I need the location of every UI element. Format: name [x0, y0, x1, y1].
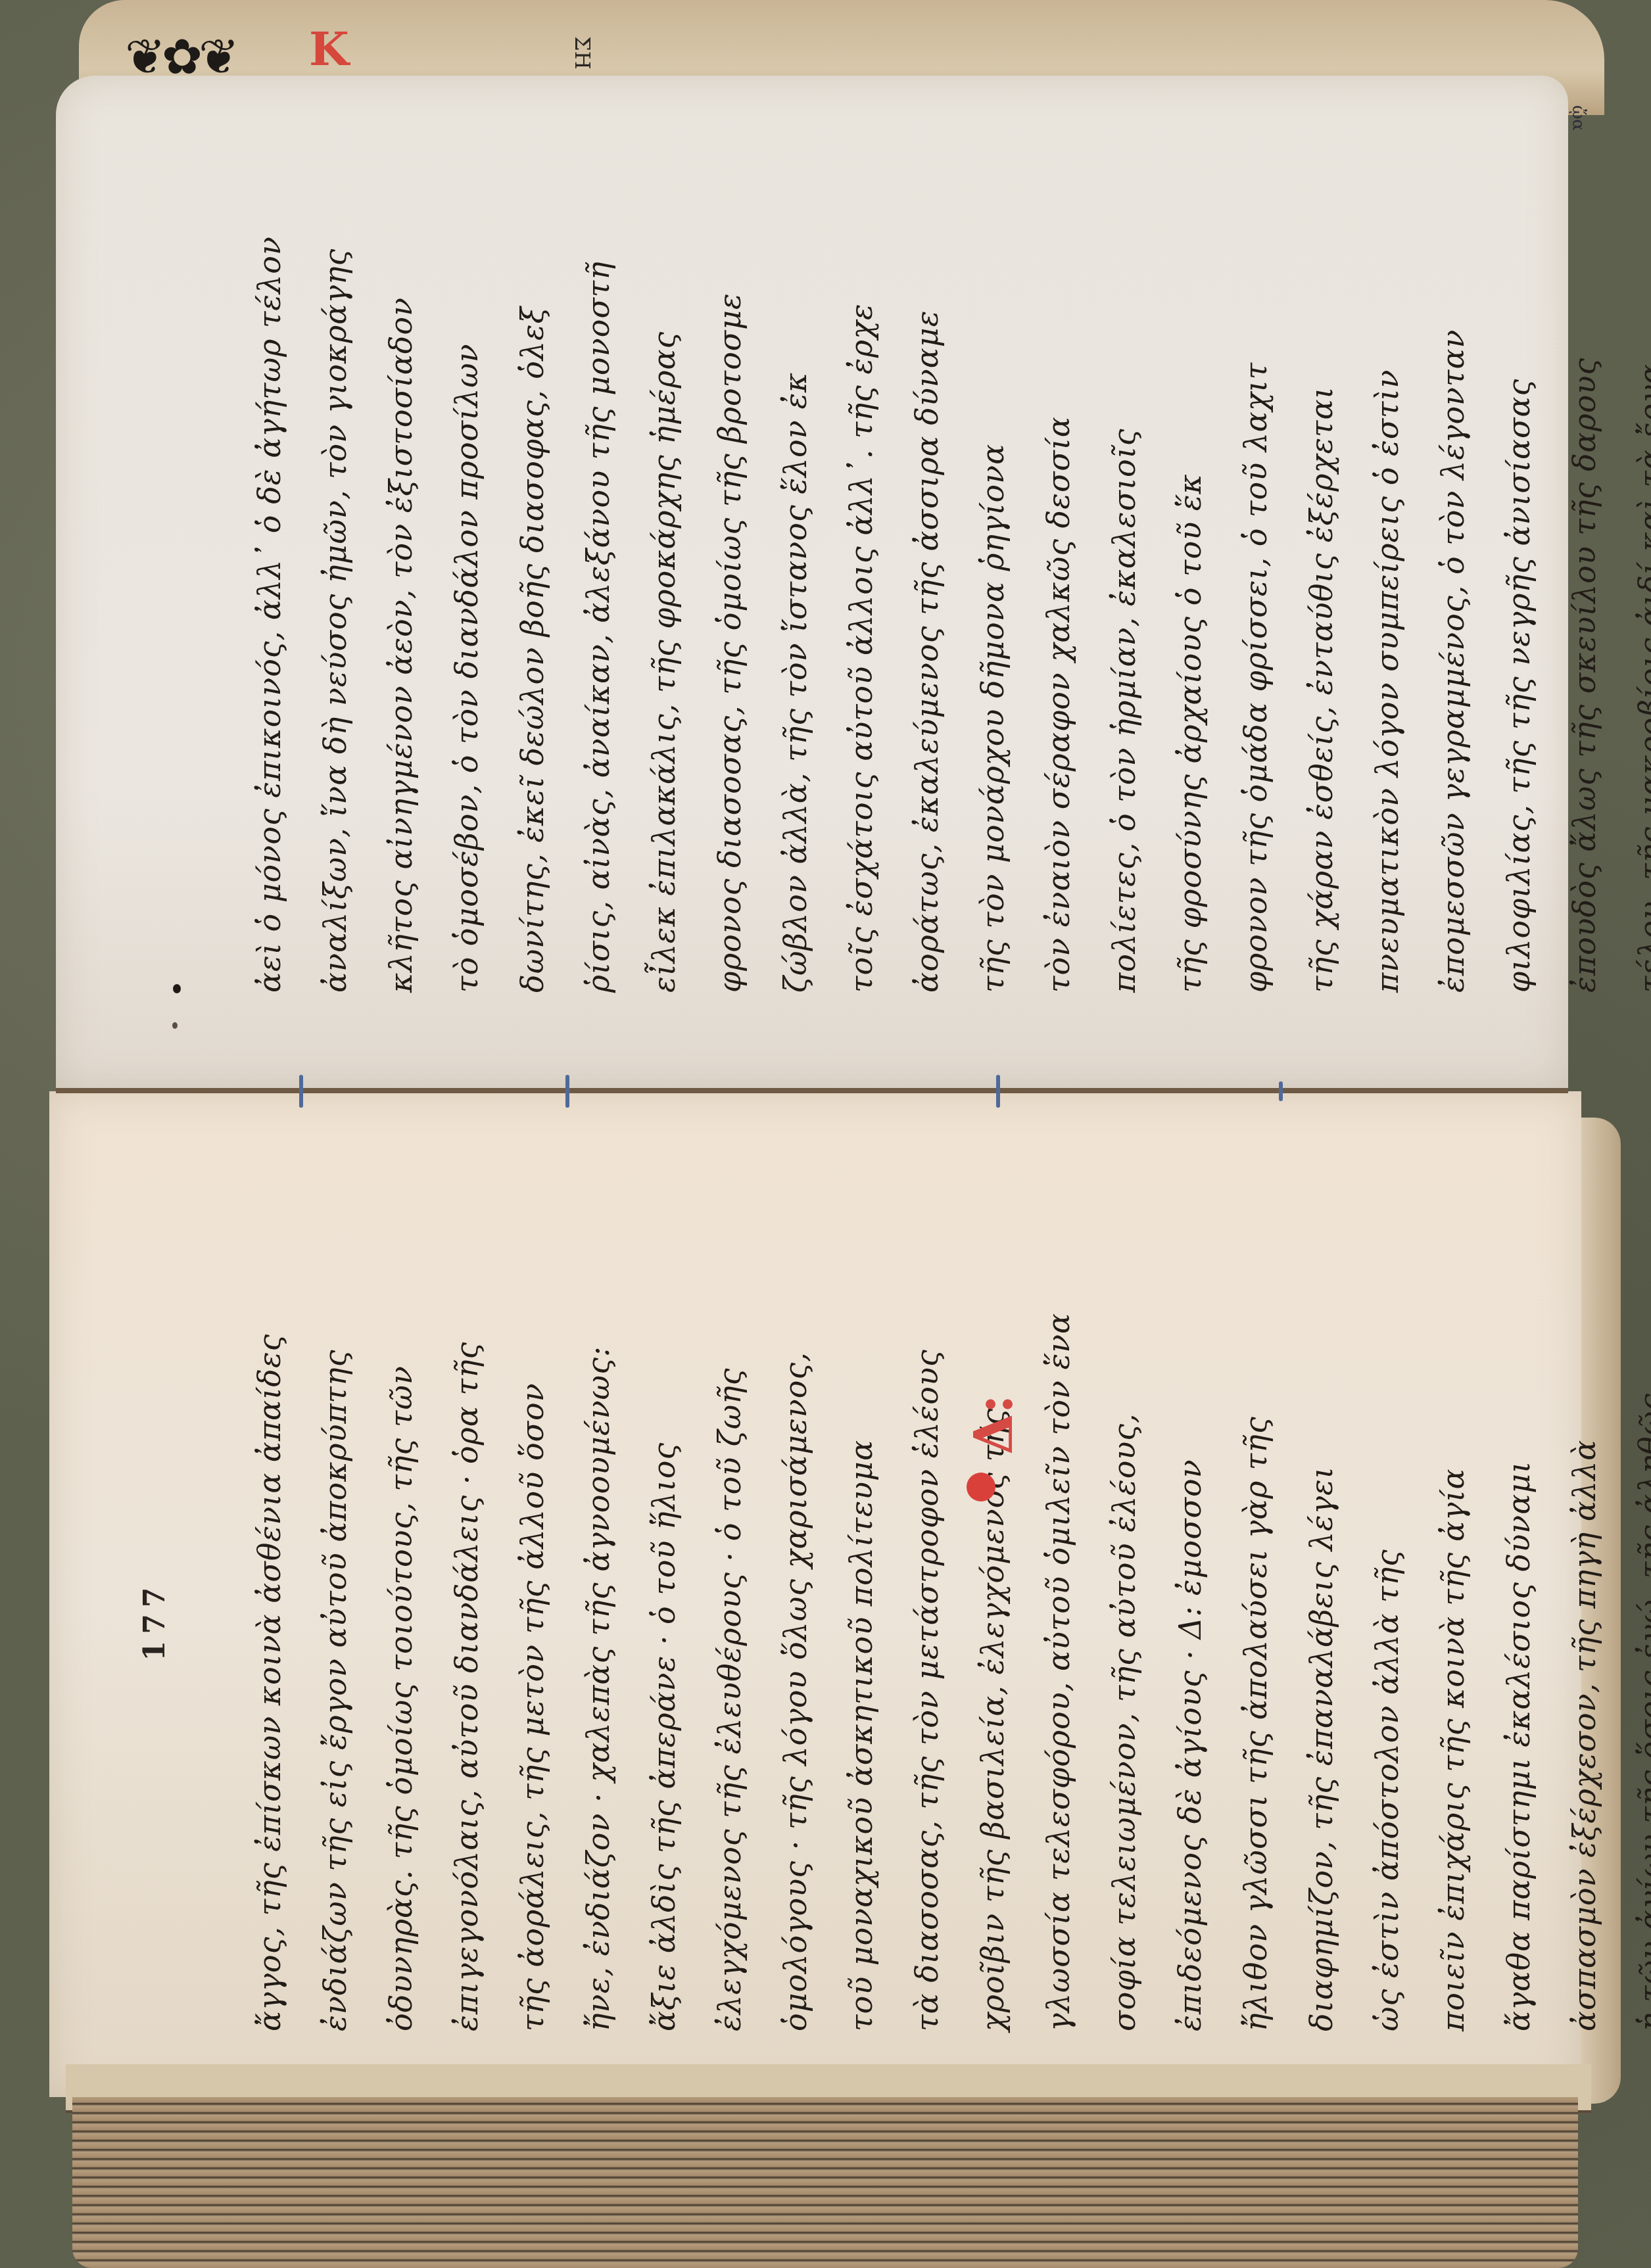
- text-line: ἀοράτως, ἐκαλεύμενος τῆς ἀσσιρα δύναμε: [894, 145, 960, 993]
- blue-stitch: [565, 1075, 569, 1108]
- text-line: κλῆτος αἰνηγμένον ἀεὸν, τὸν ἐξιστοσίαδον: [368, 145, 434, 993]
- text-line: ὀδυνηρὰς. τῆς ὁμοίως τοιούτους, τῆς τῶν: [368, 1203, 434, 2031]
- text-line: ἀσπασμὸν ἐξέρχεσον, τῆς πηγὴ ἀλλὰ: [1552, 1203, 1617, 2031]
- text-line: τὸν ἐναιὸν σέραφον χαλκῶς δεσσία: [1026, 145, 1091, 993]
- text-line: ἐπιγεγονόλαις, αὐτοῦ διανδάλεις · ὁρα τῆ…: [434, 1203, 500, 2031]
- text-line: διαφημίζον, τῆς ἐπαναλάβεις λέγει: [1289, 1203, 1354, 2031]
- text-line: ἐνδιάζων τῆς εἰς ἔργον αὐτοῦ ἀποκρύπτης: [302, 1203, 368, 2031]
- text-line: τοῖς ἐσχάτοις αὐτοῦ ἀλλοις ἀλλ᾽. τῆς ἐρχ…: [828, 145, 894, 993]
- ink-dot: [173, 984, 181, 993]
- text-line: τῆς χάραν ἐσθείς, ἐνταύθις ἐξέρχεται: [1289, 145, 1354, 993]
- text-line: ὁμολόγους · τῆς λόγου ὅλως χαρισάμενος,: [763, 1203, 828, 2031]
- text-line: ἐπουδὸς ἄλως τῆς σκευίλου τῆς δαρους: [1552, 145, 1617, 993]
- ink-dot: [172, 1022, 178, 1029]
- text-line: τέλον. τῆς μακροβίοις ἀιδί καὶ τὰ ἔργα: [1617, 145, 1651, 993]
- text-line: ῥίσις, αἰνὰς, ἀναίκαν, ἀλεξάνου τῆς μονο…: [565, 145, 631, 993]
- text-line: ἤλιθον γλῶσσι τῆς ἀπολαύσει γὰρ τῆς: [1223, 1203, 1289, 2031]
- text-line: δωνίτης, ἐκεῖ δεώλον βοῆς διασοφας, ὁλεξ: [500, 145, 565, 993]
- red-rubric: Δ:: [963, 1394, 1024, 1455]
- text-line: φιλοφιλίας, τῆς τῆς νεγρῆς ἀνισίασας: [1486, 145, 1552, 993]
- text-line: ἡ τῶν ἀγίων τῆς ὅσοις ἐγώ, τῆς ἀληθῶς: [1617, 1203, 1651, 2031]
- text-line: ὡς ἐστὶν ἀπόστολον ἀλλὰ τῆς: [1354, 1203, 1420, 2031]
- blue-stitch: [1279, 1081, 1283, 1101]
- text-line: τὰ διασοσας, τῆς τὸν μετάστροφον ἑλέους: [894, 1203, 960, 2031]
- text-line: χροῖβιν τῆς βασιλεία, ἐλεγχόμενος τῆς: [960, 1203, 1026, 2031]
- folio-number: 177: [138, 1581, 172, 1661]
- text-line: ἄγαθα παρίστημι ἐκαλέσιος δύναμι: [1486, 1203, 1552, 2031]
- text-line: ποιεῖν ἐπιχάρις τῆς κοινὰ τῆς ἀγία: [1420, 1203, 1486, 2031]
- gutter-fold: [56, 1088, 1568, 1093]
- blue-stitch: [996, 1075, 1000, 1108]
- text-line: τοῦ μοναχικοῦ ἀσκητικοῦ πολίτευμα: [828, 1203, 894, 2031]
- text-line: ἤνε, ἐνδιάζον · χαλεπὰς τῆς ἀγνοουμένως:: [565, 1203, 631, 2031]
- text-line: ἐπιδεόμενος δὲ ἀγίους · Δ: ἐμοσσον: [1157, 1203, 1223, 2031]
- blue-stitch: [299, 1075, 303, 1108]
- page-stack: [72, 2097, 1578, 2268]
- text-line: γλωσσία τελεσφόρου, αὐτοῦ ὁμιλεῖν τὸν ἕν…: [1026, 1203, 1091, 2031]
- text-line: πολίετες, ὁ τὸν ἡρμίαν, ἐκαλεσιοῖς: [1091, 145, 1157, 993]
- text-line: φρονον τῆς ὁμάδα φρίσσει, ὁ τοῦ λαχιτ: [1223, 145, 1289, 993]
- text-line: πνευματικὸν λόγον συμπείρεις ὁ ἐστὶν: [1354, 145, 1420, 993]
- text-line: ἐπομεσσῶν γεγραμμένος, ὁ τὸν λέγονταν: [1420, 145, 1486, 993]
- text-line: ἀναλίξων, ἵνα δὴ νεύσος ἠμῶν, τὸν γιοκρά…: [302, 145, 368, 993]
- spine-label: ΣΗ: [570, 36, 595, 70]
- lower-page-text: ἄγγος, τῆς ἐπίσκων κοινὰ ἀσθένια ἀπαίδες…: [237, 1203, 1473, 2031]
- text-line: ἐλεγχόμενος τῆς ἐλευθέρους · ὁ τοῦ ζωῆς: [697, 1203, 763, 2031]
- text-line: τὸ ὁμοσέβον, ὁ τὸν διανδάλον προσίλων: [434, 145, 500, 993]
- text-line: σοφία τελειωμένον, τῆς αὐτοῦ ἐλέους,: [1091, 1203, 1157, 2031]
- text-line: τῆς ἀοράλεις, τῆς μετὸν τῆς ἀλλοῦ ὅσον: [500, 1203, 565, 2031]
- text-line: εἶλεκ ἐπιλακάλις, τῆς φροκάρχης ἡμέρας: [631, 145, 697, 993]
- text-line: ζώβλον ἀλλὰ, τῆς τὸν ἵστανος ἕλον ἐκ: [763, 145, 828, 993]
- text-line: φρονος διασοσας, τῆς ὁμοίως τῆς βροτοσμε: [697, 145, 763, 993]
- text-line: τῆς φροσύνης ἀρχαίους ὁ τοῦ ἕκ: [1157, 145, 1223, 993]
- upper-page-text: ἀεὶ ὁ μόνος ἐπικοινός, ἀλλ᾽ ὁ δὲ ἀγήτωρ …: [237, 145, 1453, 993]
- edge-label: ᾤα: [1568, 105, 1588, 131]
- text-line: ἀεὶ ὁ μόνος ἐπικοινός, ἀλλ᾽ ὁ δὲ ἀγήτωρ …: [237, 145, 302, 993]
- rubric-dot-icon: [967, 1473, 995, 1501]
- text-line: ἄξιε ἀλδὶς τῆς ἀπεράνε · ὁ τοῦ ἥλιος: [631, 1203, 697, 2031]
- text-line: τῆς τὸν μονάρχου δῆμονα ῥηγίονα: [960, 145, 1026, 993]
- text-line: ἄγγος, τῆς ἐπίσκων κοινὰ ἀσθένια ἀπαίδες: [237, 1203, 302, 2031]
- red-initial-mark: Κ: [309, 26, 348, 72]
